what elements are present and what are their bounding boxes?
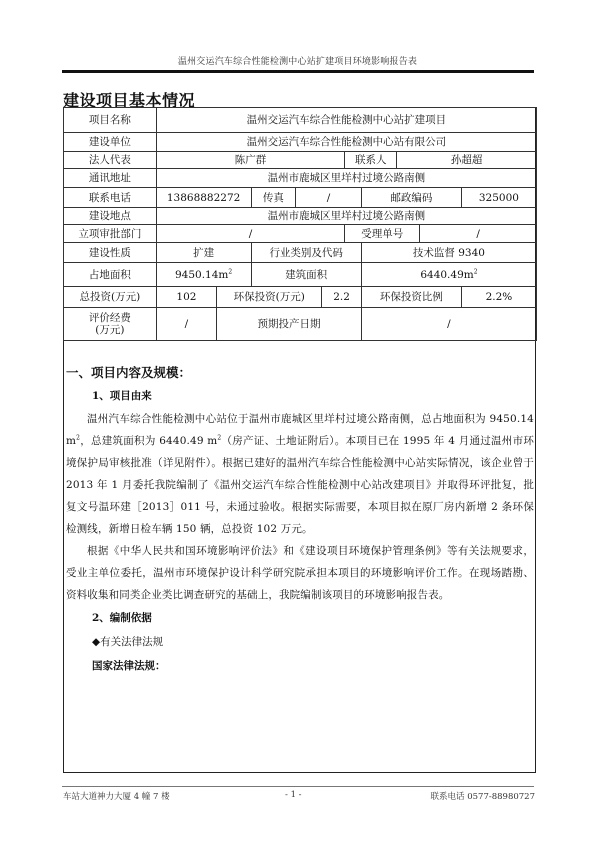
- label-env-invest: 环保投资(万元): [217, 287, 322, 308]
- value-legal-rep: 陈广群: [156, 152, 345, 169]
- value-industry: 技术监督 9340: [361, 243, 536, 263]
- value-phone: 13868882272: [156, 188, 251, 208]
- label-project-name: 项目名称: [64, 108, 157, 133]
- table-row: 评价经费(万元) / 预期投产日期 /: [64, 308, 537, 341]
- label-industry: 行业类别及代码: [251, 243, 361, 263]
- label-phone: 联系电话: [64, 188, 157, 208]
- label-total-invest: 总投资(万元): [64, 287, 157, 308]
- label-address: 通讯地址: [64, 169, 157, 188]
- label-postcode: 邮政编码: [361, 188, 461, 208]
- table-row: 项目名称 温州交运汽车综合性能检测中心站扩建项目: [64, 108, 537, 133]
- header-rule: [62, 70, 534, 73]
- value-project-name: 温州交运汽车综合性能检测中心站扩建项目: [156, 108, 536, 133]
- table-row: 占地面积 9450.14m2 建筑面积 6440.49m2: [64, 263, 537, 287]
- value-env-ratio: 2.2%: [461, 287, 536, 308]
- table-row: 建设单位 温州交运汽车综合性能检测中心站有限公司: [64, 133, 537, 152]
- table-row: 法人代表 陈广群 联系人 孙超超: [64, 152, 537, 169]
- value-address: 温州市鹿城区里垟村过境公路南侧: [156, 169, 536, 188]
- section-heading: 一、项目内容及规模：: [66, 362, 534, 384]
- label-builder: 建设单位: [64, 133, 157, 152]
- label-building-area: 建筑面积: [251, 263, 361, 287]
- label-startup-date: 预期投产日期: [217, 308, 362, 341]
- value-contact: 孙超超: [397, 152, 537, 169]
- label-site: 建设地点: [64, 208, 157, 225]
- label-legal-rep: 法人代表: [64, 152, 157, 169]
- value-postcode: 325000: [461, 188, 536, 208]
- table-row: 建设性质 扩建 行业类别及代码 技术监督 9340: [64, 243, 537, 263]
- footer-address: 车站大道神力大厦 4 幢 7 楼: [63, 790, 170, 802]
- label-land-area: 占地面积: [64, 263, 157, 287]
- label-contact: 联系人: [345, 152, 397, 169]
- label-approval-dept: 立项审批部门: [64, 225, 157, 243]
- label-eval-fee: 评价经费(万元): [64, 308, 157, 341]
- value-total-invest: 102: [156, 287, 216, 308]
- table-row: 建设地点 温州市鹿城区里垟村过境公路南侧: [64, 208, 537, 225]
- paragraph-legal-basis: 根据《中华人民共和国环境影响评价法》和《建设项目环境保护管理条例》等有关法规要求…: [66, 540, 534, 606]
- value-env-invest: 2.2: [322, 287, 362, 308]
- subsection-laws: ◆有关法律法规: [66, 630, 534, 654]
- value-nature: 扩建: [156, 243, 251, 263]
- subsection-national-laws: 国家法律法规：: [66, 654, 534, 678]
- label-accept-no: 受理单号: [345, 225, 420, 243]
- project-info-table: 项目名称 温州交运汽车综合性能检测中心站扩建项目 建设单位 温州交运汽车综合性能…: [63, 107, 537, 341]
- value-builder: 温州交运汽车综合性能检测中心站有限公司: [156, 133, 536, 152]
- paragraph-origin: 温州汽车综合性能检测中心站位于温州市鹿城区里垟村过境公路南侧，总占地面积为 94…: [66, 408, 534, 540]
- value-accept-no: /: [420, 225, 537, 243]
- label-nature: 建设性质: [64, 243, 157, 263]
- value-startup-date: /: [361, 308, 536, 341]
- value-approval-dept: /: [156, 225, 345, 243]
- value-fax: /: [296, 188, 362, 208]
- project-content-section: 一、项目内容及规模： 1、项目由来 温州汽车综合性能检测中心站位于温州市鹿城区里…: [66, 362, 534, 678]
- label-env-ratio: 环保投资比例: [361, 287, 461, 308]
- running-header: 温州交运汽车综合性能检测中心站扩建项目环境影响报告表: [0, 54, 595, 67]
- value-eval-fee: /: [156, 308, 216, 341]
- table-row: 立项审批部门 / 受理单号 /: [64, 225, 537, 243]
- footer-rule: [62, 786, 534, 787]
- value-building-area: 6440.49m2: [361, 263, 536, 287]
- footer-phone: 联系电话 0577-88980727: [431, 790, 535, 802]
- value-land-area: 9450.14m2: [156, 263, 251, 287]
- subsection-origin: 1、项目由来: [66, 384, 534, 408]
- subsection-basis: 2、编制依据: [66, 606, 534, 630]
- table-row: 总投资(万元) 102 环保投资(万元) 2.2 环保投资比例 2.2%: [64, 287, 537, 308]
- value-site: 温州市鹿城区里垟村过境公路南侧: [156, 208, 536, 225]
- table-row: 联系电话 13868882272 传真 / 邮政编码 325000: [64, 188, 537, 208]
- label-fax: 传真: [251, 188, 296, 208]
- table-row: 通讯地址 温州市鹿城区里垟村过境公路南侧: [64, 169, 537, 188]
- page-number: - 1 -: [285, 790, 302, 800]
